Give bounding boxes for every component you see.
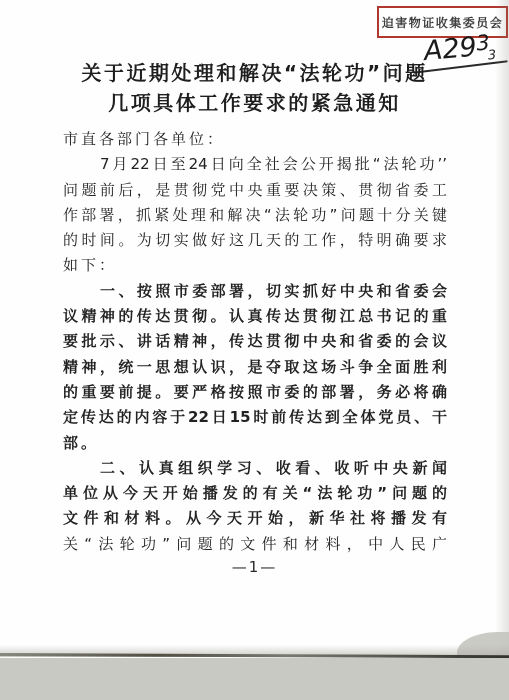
body-line: 问题前后，是贯彻党中央重要决策、贯彻省委工 xyxy=(63,178,447,203)
body-text: 市直各部门各单位：7月22日至24日向全社会公开揭批“法轮功’’问题前后，是贯彻… xyxy=(63,127,447,557)
body-line: 的重要前提。要严格按照市委的部署，务必将确 xyxy=(63,380,447,405)
document-title-line2: 几项具体工作要求的紧急通知 xyxy=(0,88,509,118)
body-line: 文件和材料。从今天开始，新华社将播发有 xyxy=(63,506,447,531)
body-line: 的时间。为切实做好这几天的工作，特明确要求 xyxy=(63,228,447,253)
scan-right-edge-shadow xyxy=(495,0,509,654)
body-line: 要批示、讲话精神，传达贯彻中央和省委的会议 xyxy=(63,329,447,354)
body-line: 关“法轮功”问题的文件和材料，中人民广 xyxy=(63,532,447,557)
body-line: 作部署，抓紧处理和解决“法轮功”问题十分关键 xyxy=(63,203,447,228)
scanner-background xyxy=(0,658,509,700)
body-line: 市直各部门各单位： xyxy=(63,127,447,152)
body-line: 单位从今天开始播发的有关“法轮功”问题的 xyxy=(63,481,447,506)
document-title-line1: 关于近期处理和解决“法轮功”问题 xyxy=(0,58,509,88)
document-title: 关于近期处理和解决“法轮功”问题 几项具体工作要求的紧急通知 xyxy=(0,58,509,118)
stamp-label: 迫害物证收集委员会 xyxy=(382,14,504,31)
body-line: 定传达的内容于22日15时前传达到全体党员、干 xyxy=(63,405,447,430)
scanned-document-page: 迫害物证收集委员会 A2933 关于近期处理和解决“法轮功”问题 几项具体工作要… xyxy=(0,0,509,700)
body-line: 二、认真组织学习、收看、收听中央新闻 xyxy=(63,456,447,481)
page-number: —1— xyxy=(0,558,509,576)
body-line: 议精神的传达贯彻。认真传达贯彻江总书记的重 xyxy=(63,304,447,329)
body-line: 精神，统一思想认识，是夺取这场斗争全面胜利 xyxy=(63,355,447,380)
body-line: 一、按照市委部署，切实抓好中央和省委会 xyxy=(63,279,447,304)
body-line: 如下： xyxy=(63,253,447,278)
body-line: 7月22日至24日向全社会公开揭批“法轮功’’ xyxy=(63,152,447,177)
body-line: 部。 xyxy=(63,431,447,456)
